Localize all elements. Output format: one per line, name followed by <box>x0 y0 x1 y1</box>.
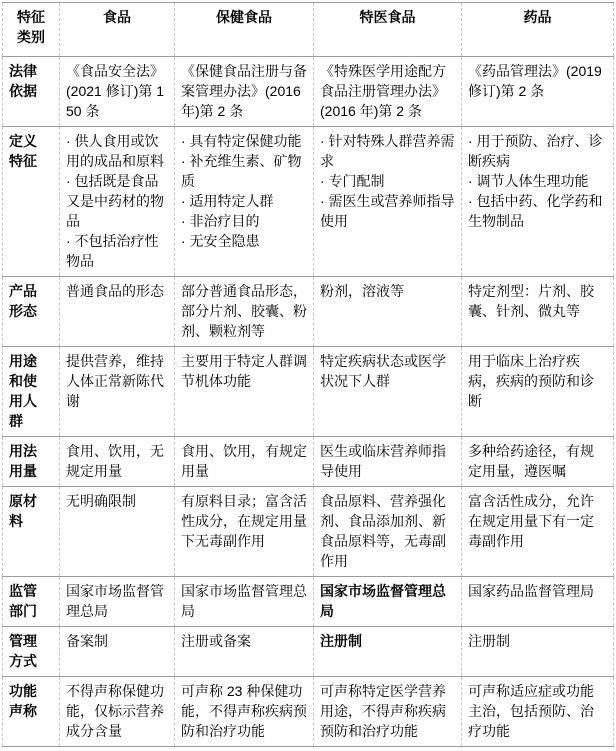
row-label: 管理 方式 <box>3 627 60 677</box>
table-cell: 注册或备案 <box>175 627 314 677</box>
col-header-food: 食品 <box>60 3 175 57</box>
table-row-dosage: 用法 用量 食用、饮用，无规定用量 食用、饮用，有规定用量 医生或临床营养师指导… <box>3 437 614 487</box>
table-cell: 食用、饮用，有规定用量 <box>175 437 314 487</box>
table-cell: 国家市场监督管理总局 <box>314 577 462 627</box>
table-cell: 注册制 <box>314 627 462 677</box>
table-cell: 主要用于特定人群调节机体功能 <box>175 347 314 437</box>
table-cell: 用于临床上治疗疾病，疾病的预防和诊断 <box>462 347 614 437</box>
row-label: 监管 部门 <box>3 577 60 627</box>
table-cell: 特定疾病状态或医学状况下人群 <box>314 347 462 437</box>
row-label: 定义 特征 <box>3 127 60 277</box>
table-row-definition: 定义 特征 · 供人食用或饮用的成品和原料 · 包括既是食品又是中药材的物品 ·… <box>3 127 614 277</box>
table-cell: 医生或临床营养师指导使用 <box>314 437 462 487</box>
table-cell: · 针对特殊人群营养需求 · 专门配制 · 需医生或营养师指导使用 <box>314 127 462 277</box>
table-cell: 不得声称保健功能，仅标示营养成分含量 <box>60 677 175 747</box>
table-cell: 食品原料、营养强化剂、食品添加剂、新食品原料等，无毒副作用 <box>314 487 462 577</box>
table-row-management-mode: 管理 方式 备案制 注册或备案 注册制 注册制 <box>3 627 614 677</box>
col-header-category: 特征 类别 <box>3 3 60 57</box>
table-row-product-form: 产品 形态 普通食品的形态 部分普通食品形态，部分片剂、胶囊、粉剂、颗粒剂等 粉… <box>3 277 614 347</box>
table-cell: 《药品管理法》(2019 修订)第 2 条 <box>462 57 614 127</box>
row-label: 用途 和使 用人 群 <box>3 347 60 437</box>
col-header-special-medical-food: 特医食品 <box>314 3 462 57</box>
table-row-usage-population: 用途 和使 用人 群 提供营养，维持人体正常新陈代谢 主要用于特定人群调节机体功… <box>3 347 614 437</box>
page: 特征 类别 食品 保健食品 特医食品 药品 法律 依据 《食品安全法》(2021… <box>0 0 616 749</box>
table-body: 法律 依据 《食品安全法》(2021 修订)第 150 条 《保健食品注册与备案… <box>3 57 614 747</box>
row-label: 原材 料 <box>3 487 60 577</box>
table-cell: 国家药品监督管理局 <box>462 577 614 627</box>
table-cell: 食用、饮用，无规定用量 <box>60 437 175 487</box>
table-cell: 可声称特定医学营养用途，不得声称疾病预防和治疗功能 <box>314 677 462 747</box>
row-label: 产品 形态 <box>3 277 60 347</box>
table-cell: 粉剂，溶液等 <box>314 277 462 347</box>
table-cell: · 用于预防、治疗、诊断疾病 · 调节人体生理功能 · 包括中药、化学药和生物制… <box>462 127 614 277</box>
table-cell: 部分普通食品形态，部分片剂、胶囊、粉剂、颗粒剂等 <box>175 277 314 347</box>
col-header-health-food: 保健食品 <box>175 3 314 57</box>
col-header-drug: 药品 <box>462 3 614 57</box>
row-label: 用法 用量 <box>3 437 60 487</box>
table-cell: 普通食品的形态 <box>60 277 175 347</box>
table-row-function-claims: 功能 声称 不得声称保健功能，仅标示营养成分含量 可声称 23 种保健功能，不得… <box>3 677 614 747</box>
table-cell: 国家市场监督管理总局 <box>60 577 175 627</box>
table-cell: 多种给药途径，有规定用量，遵医嘱 <box>462 437 614 487</box>
table-cell: 提供营养，维持人体正常新陈代谢 <box>60 347 175 437</box>
table-cell: 特定剂型：片剂、胶囊、针剂、微丸等 <box>462 277 614 347</box>
table-cell: 富含活性成分，允许在规定用量下有一定毒副作用 <box>462 487 614 577</box>
table-cell: 国家市场监督管理总局 <box>175 577 314 627</box>
table-cell: 《保健食品注册与备案管理办法》(2016 年)第 2 条 <box>175 57 314 127</box>
comparison-table: 特征 类别 食品 保健食品 特医食品 药品 法律 依据 《食品安全法》(2021… <box>2 2 614 747</box>
table-cell: 《食品安全法》(2021 修订)第 150 条 <box>60 57 175 127</box>
table-cell: 注册制 <box>462 627 614 677</box>
row-label: 功能 声称 <box>3 677 60 747</box>
table-cell: 可声称适应症或功能主治，包括预防、治疗功能 <box>462 677 614 747</box>
row-label: 法律 依据 <box>3 57 60 127</box>
table-cell: 可声称 23 种保健功能，不得声称疾病预防和治疗功能 <box>175 677 314 747</box>
table-cell: · 供人食用或饮用的成品和原料 · 包括既是食品又是中药材的物品 · 不包括治疗… <box>60 127 175 277</box>
table-row-raw-materials: 原材 料 无明确限制 有原料目录；富含活性成分，在规定用量下无毒副作用 食品原料… <box>3 487 614 577</box>
table-cell: 《特殊医学用途配方食品注册管理办法》(2016 年)第 2 条 <box>314 57 462 127</box>
table-cell: 有原料目录；富含活性成分，在规定用量下无毒副作用 <box>175 487 314 577</box>
table-cell: 备案制 <box>60 627 175 677</box>
header-row: 特征 类别 食品 保健食品 特医食品 药品 <box>3 3 614 57</box>
table-header: 特征 类别 食品 保健食品 特医食品 药品 <box>3 3 614 57</box>
table-cell: 无明确限制 <box>60 487 175 577</box>
table-row-regulator: 监管 部门 国家市场监督管理总局 国家市场监督管理总局 国家市场监督管理总局 国… <box>3 577 614 627</box>
table-row-legal-basis: 法律 依据 《食品安全法》(2021 修订)第 150 条 《保健食品注册与备案… <box>3 57 614 127</box>
table-cell: · 具有特定保健功能 · 补充维生素、矿物质 · 适用特定人群 · 非治疗目的 … <box>175 127 314 277</box>
